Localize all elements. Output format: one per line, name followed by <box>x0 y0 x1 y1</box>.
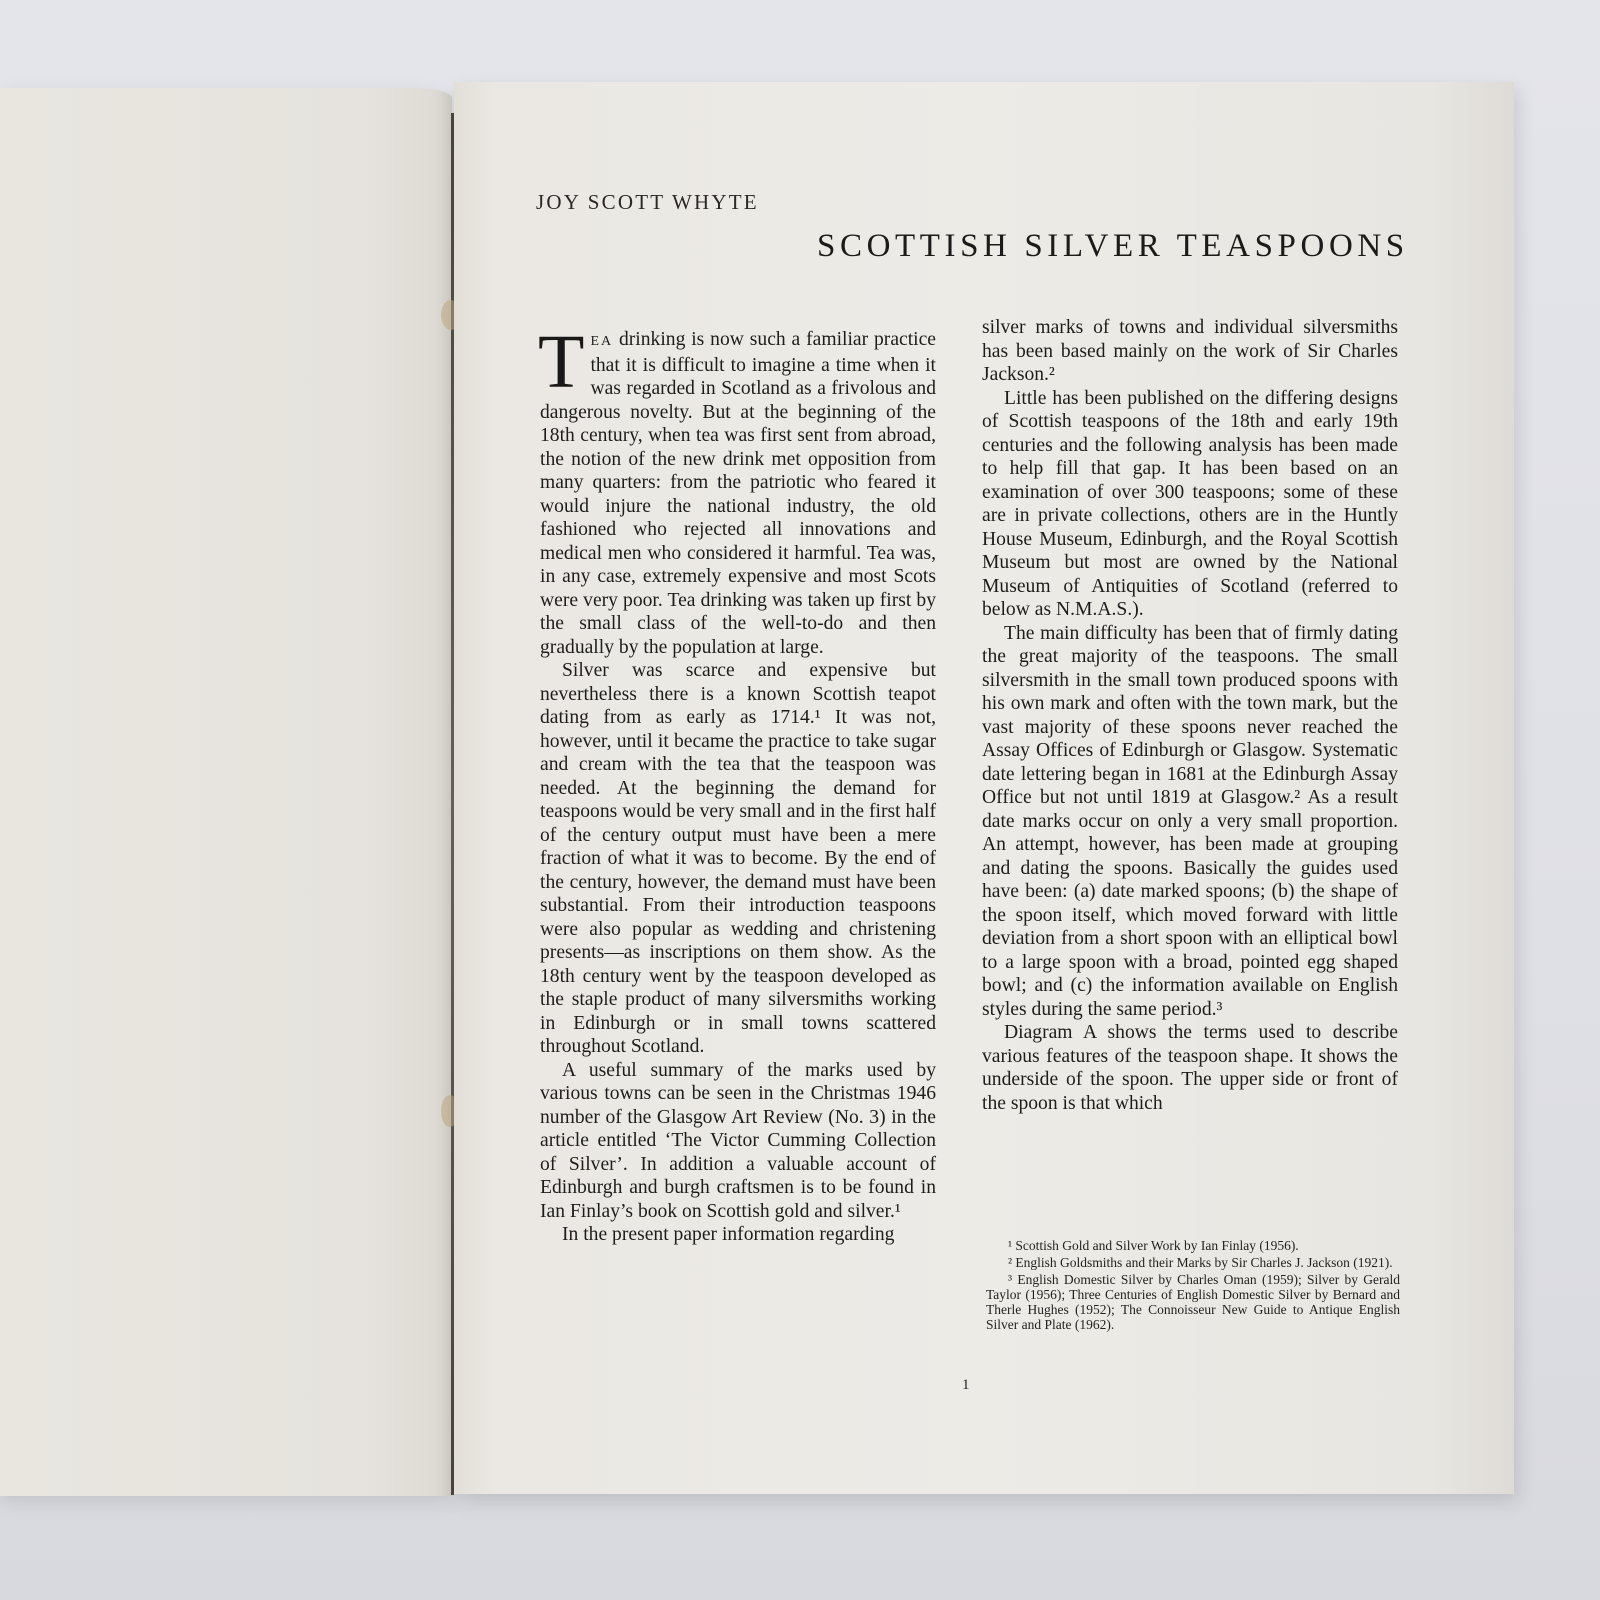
paragraph: TEA drinking is now such a familiar prac… <box>540 328 936 659</box>
left-text-column: TEA drinking is now such a familiar prac… <box>540 328 936 1247</box>
paragraph: Silver was scarce and expensive but neve… <box>540 659 936 1059</box>
right-text-column: silver marks of towns and individual sil… <box>982 316 1398 1115</box>
footnote: ² English Goldsmiths and their Marks by … <box>986 1255 1400 1270</box>
author-name: JOY SCOTT WHYTE <box>536 190 759 215</box>
paragraph: Diagram A shows the terms used to descri… <box>982 1021 1398 1115</box>
paragraph: Little has been published on the differi… <box>982 387 1398 622</box>
drop-cap: T <box>538 332 584 392</box>
left-blank-page <box>0 88 452 1496</box>
article-title: SCOTTISH SILVER TEASPOONS <box>817 228 1409 265</box>
lead-small-caps: EA <box>590 334 613 349</box>
paragraph: In the present paper information regardi… <box>540 1223 936 1247</box>
footnote: ¹ Scottish Gold and Silver Work by Ian F… <box>986 1238 1400 1253</box>
paragraph: A useful summary of the marks used by va… <box>540 1059 936 1224</box>
footnote: ³ English Domestic Silver by Charles Oma… <box>986 1272 1400 1332</box>
footnotes: ¹ Scottish Gold and Silver Work by Ian F… <box>986 1238 1400 1334</box>
paragraph: silver marks of towns and individual sil… <box>982 316 1398 387</box>
page-number: 1 <box>962 1377 970 1394</box>
paragraph: The main difficulty has been that of fir… <box>982 622 1398 1022</box>
